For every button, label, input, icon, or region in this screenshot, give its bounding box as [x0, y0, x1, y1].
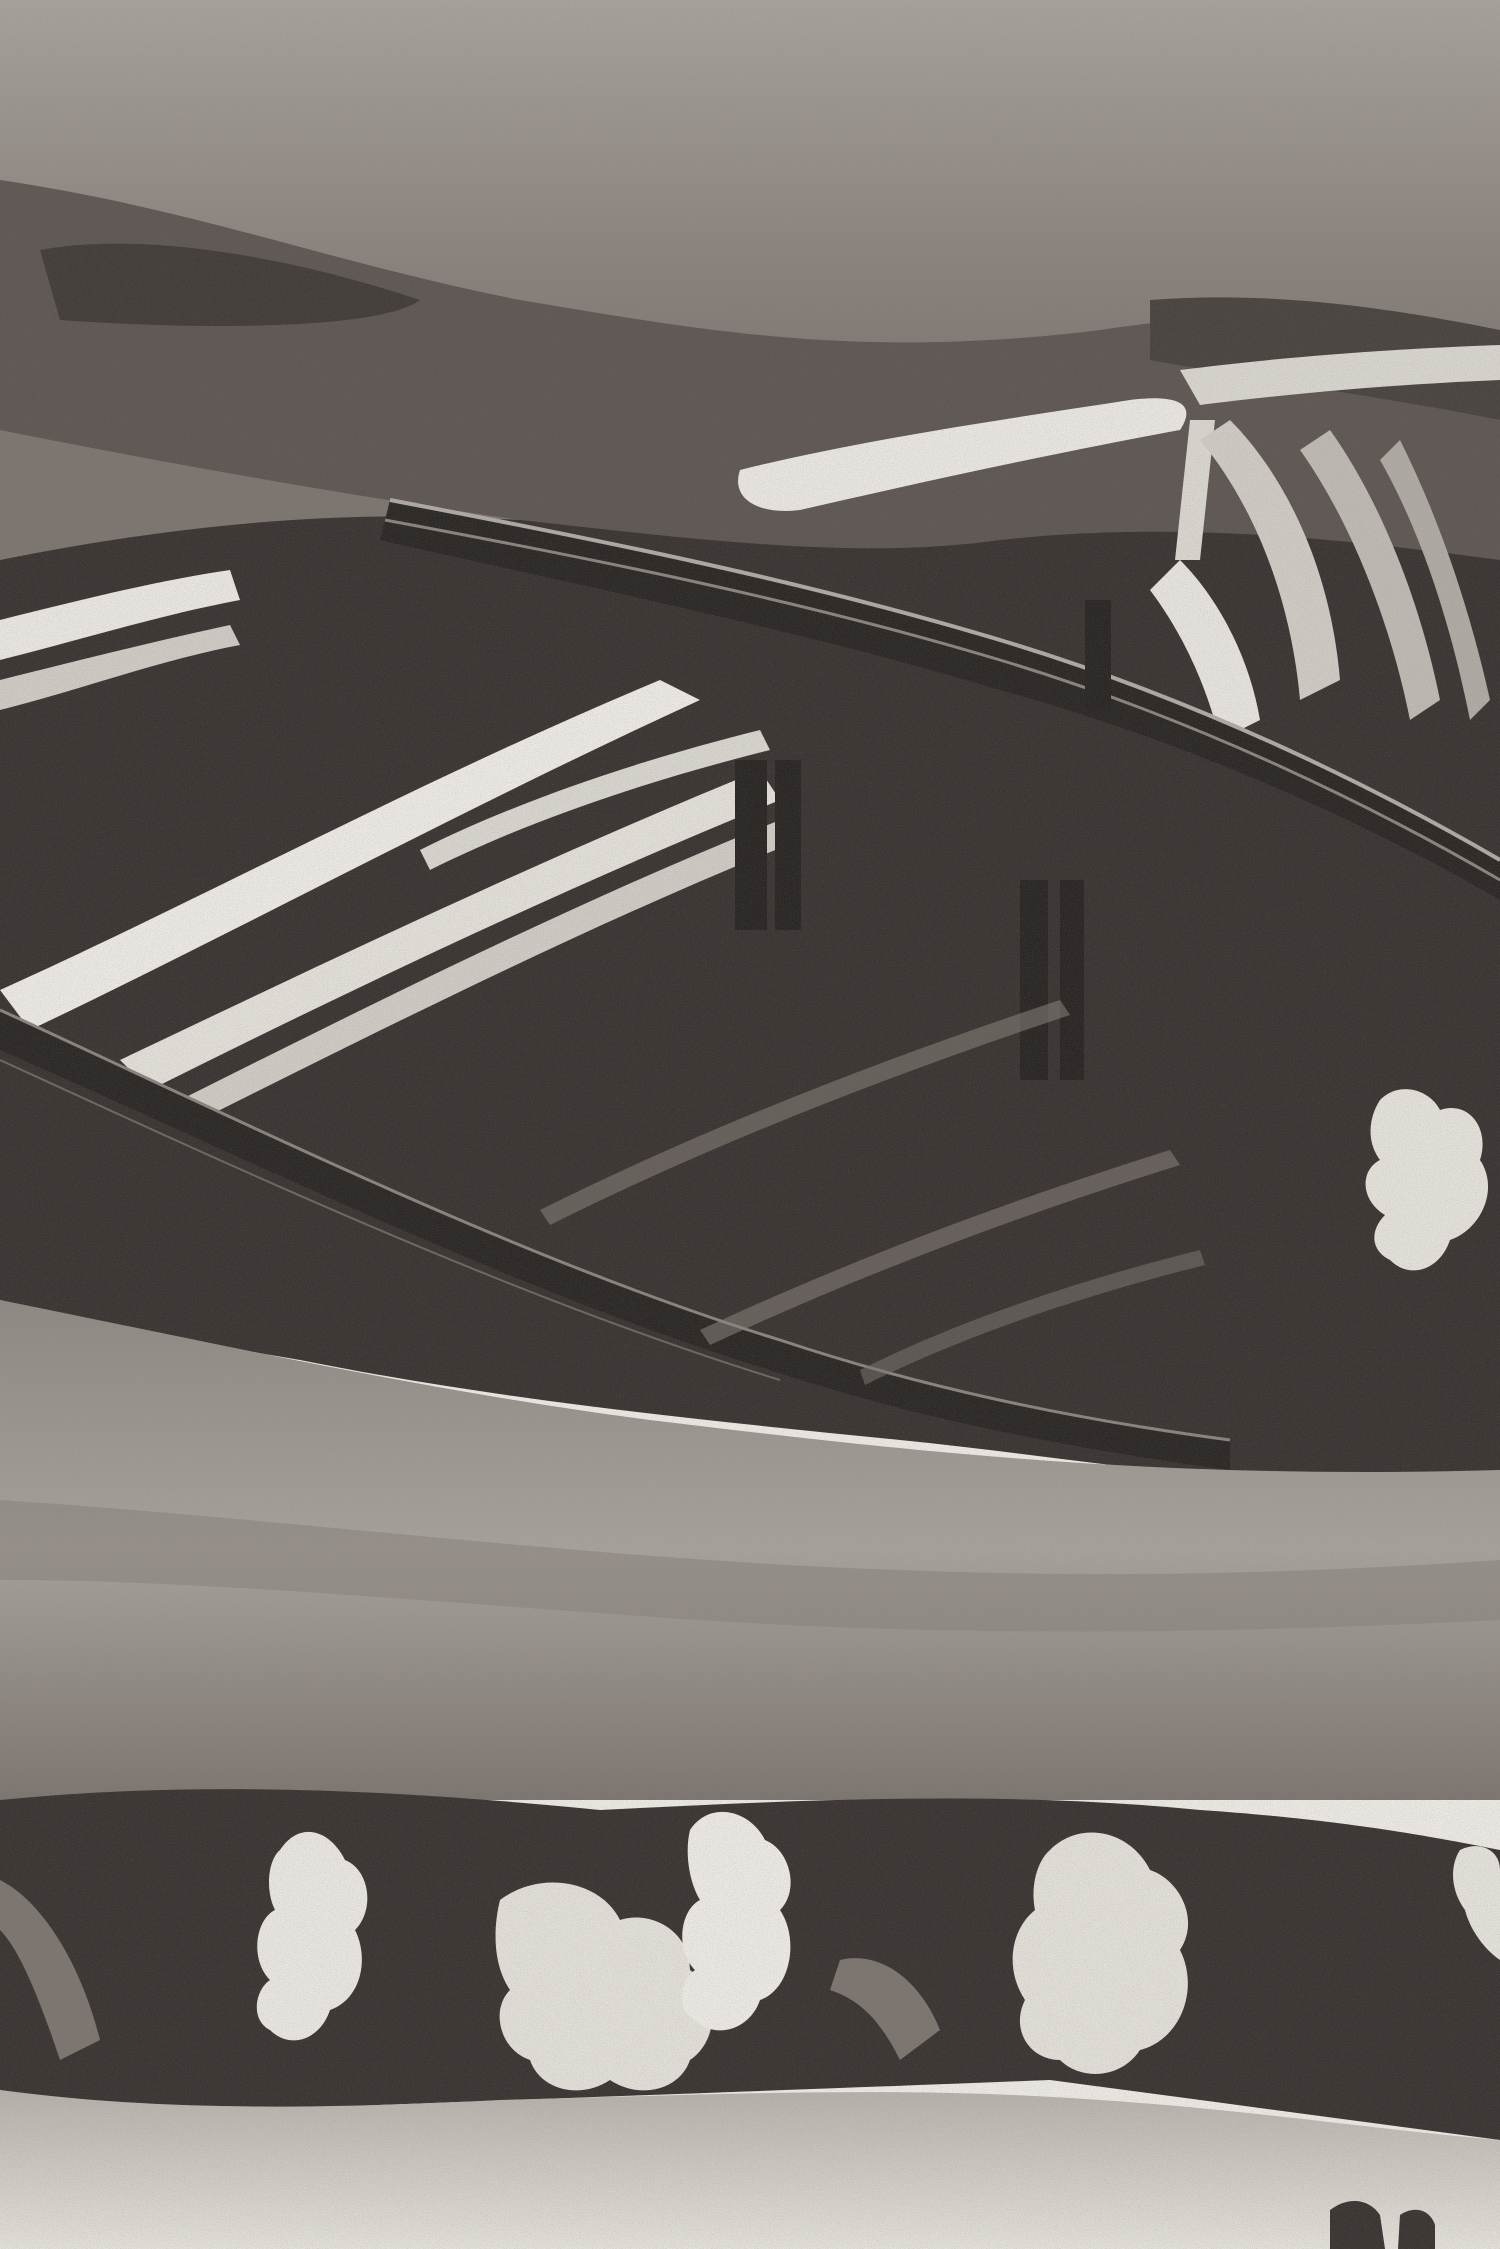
- stippled-highway-artwork: [0, 0, 1500, 2249]
- stipple-grain-overlay: [0, 0, 1500, 2249]
